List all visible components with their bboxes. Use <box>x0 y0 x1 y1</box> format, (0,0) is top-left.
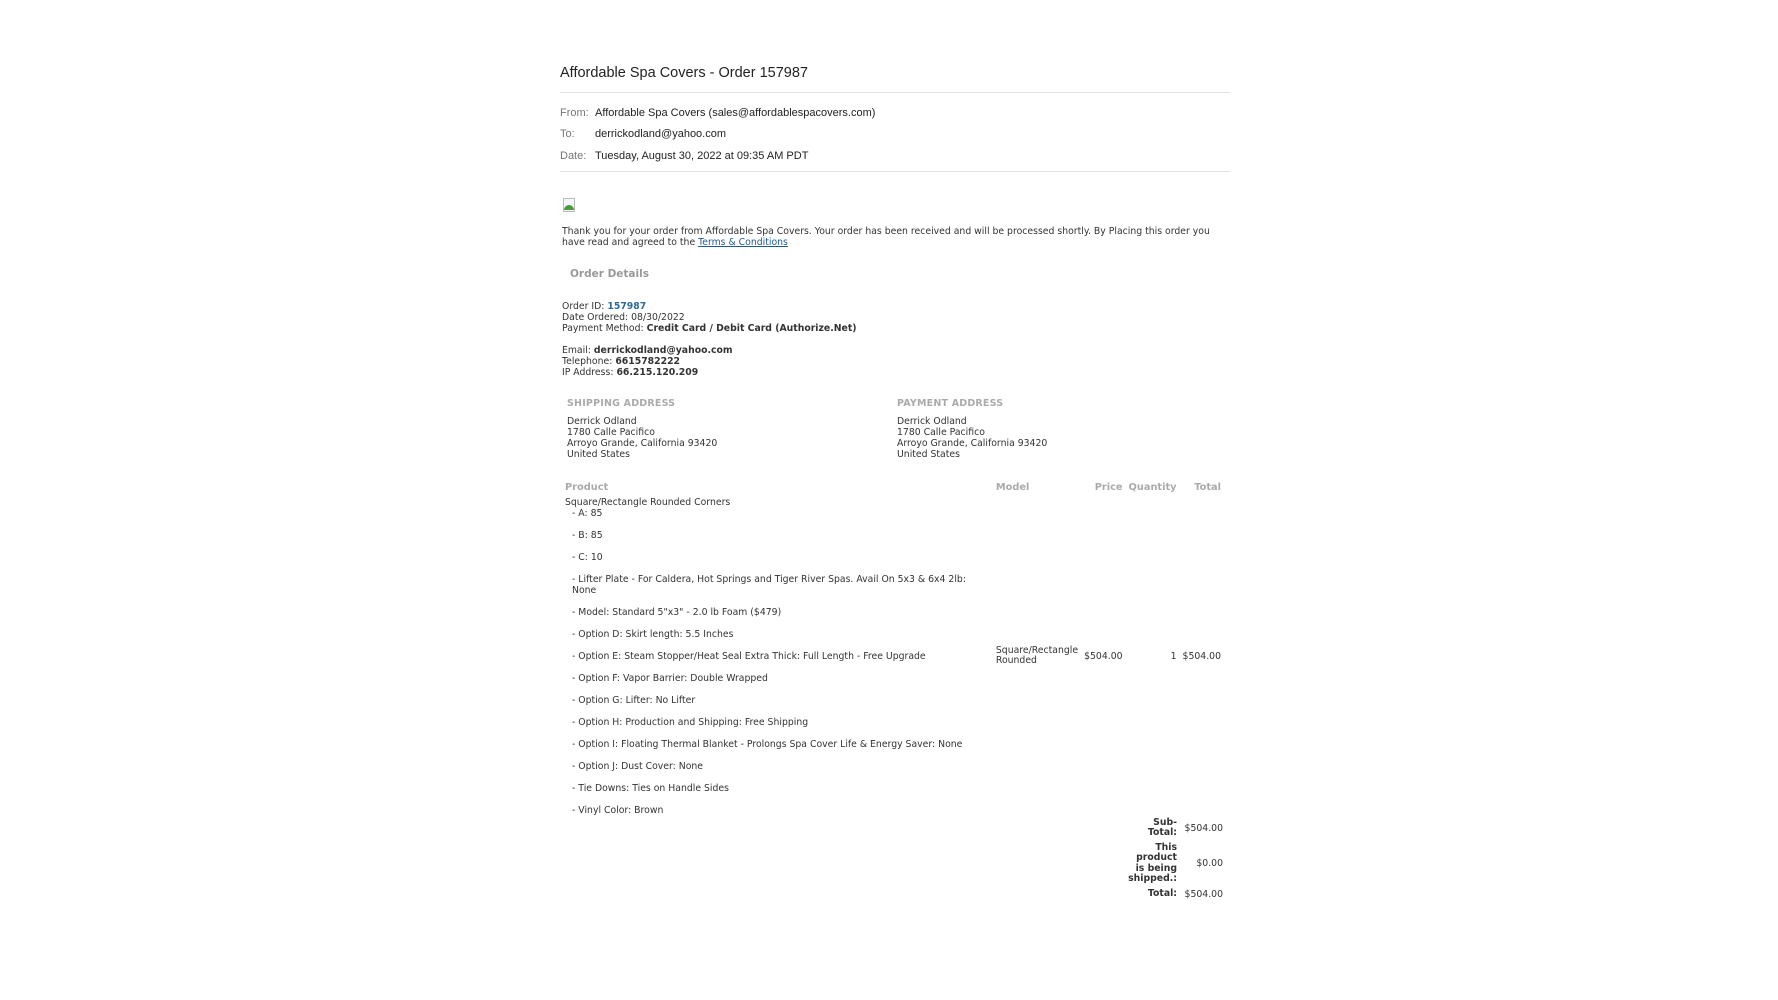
order-id-value: 157987 <box>607 301 646 312</box>
price-cell: $504.00 <box>1081 497 1125 816</box>
date-ordered-row: Date Ordered: 08/30/2022 <box>562 312 1230 323</box>
shipping-address: SHIPPING ADDRESS Derrick Odland 1780 Cal… <box>567 398 897 460</box>
quantity-cell: 1 <box>1126 497 1180 816</box>
date-ordered-value: 08/30/2022 <box>631 312 685 323</box>
to-value[interactable]: derrickodland@yahoo.com <box>595 128 726 140</box>
date-row: Date: Tuesday, August 30, 2022 at 09:35 … <box>560 145 1230 167</box>
order-id-row: Order ID: 157987 <box>562 301 1230 312</box>
thank-you-message: Thank you for your order from Affordable… <box>562 226 1222 248</box>
product-option: - Option J: Dust Cover: None <box>565 761 990 772</box>
telephone-label: Telephone: <box>562 356 612 367</box>
shipping-street: 1780 Calle Pacifico <box>567 427 897 438</box>
price-column-header: Price <box>1081 482 1125 497</box>
product-option: - Option H: Production and Shipping: Fre… <box>565 717 990 728</box>
totals-value: $504.00 <box>1180 887 1226 902</box>
ip-label: IP Address: <box>562 367 613 378</box>
email-row: Email: derrickodland@yahoo.com <box>562 345 1230 356</box>
model-cell: Square/Rectangle Rounded <box>993 497 1081 816</box>
order-details: Order ID: 157987 Date Ordered: 08/30/202… <box>562 301 1230 378</box>
order-id-label: Order ID: <box>562 301 604 312</box>
from-value[interactable]: Affordable Spa Covers (sales@affordables… <box>595 107 875 119</box>
totals-value: $504.00 <box>1180 816 1226 841</box>
product-column-header: Product <box>562 482 993 497</box>
product-option: - Option I: Floating Thermal Blanket - P… <box>565 739 990 750</box>
products-header-row: Product Model Price Quantity Total <box>562 482 1224 497</box>
product-option: - A: 85 <box>565 508 990 519</box>
totals-value: $0.00 <box>1180 841 1226 887</box>
date-ordered-label: Date Ordered: <box>562 312 628 323</box>
telephone-row: Telephone: 6615782222 <box>562 356 1230 367</box>
product-option: - C: 10 <box>565 552 990 563</box>
totals-label: Sub-Total: <box>1125 816 1180 841</box>
payment-method-label: Payment Method: <box>562 323 644 334</box>
product-name: Square/Rectangle Rounded Corners <box>565 497 990 508</box>
payment-address-title: PAYMENT ADDRESS <box>897 398 1227 409</box>
total-column-header: Total <box>1180 482 1224 497</box>
from-row: From: Affordable Spa Covers (sales@affor… <box>560 102 1230 124</box>
email-value: derrickodland@yahoo.com <box>594 345 733 356</box>
shipping-address-title: SHIPPING ADDRESS <box>567 398 897 409</box>
email-header: From: Affordable Spa Covers (sales@affor… <box>560 93 1230 167</box>
total-cell: $504.00 <box>1180 497 1224 816</box>
quantity-column-header: Quantity <box>1126 482 1180 497</box>
model-column-header: Model <box>993 482 1081 497</box>
product-option: - Model: Standard 5"x3" - 2.0 lb Foam ($… <box>565 607 990 618</box>
totals-row: This product is being shipped.:$0.00 <box>1125 841 1226 887</box>
order-details-title: Order Details <box>570 268 1230 280</box>
product-option: - Tie Downs: Ties on Handle Sides <box>565 783 990 794</box>
to-label: To: <box>560 128 595 140</box>
product-row: Square/Rectangle Rounded Corners- A: 85-… <box>562 497 1224 816</box>
from-label: From: <box>560 107 595 119</box>
to-row: To: derrickodland@yahoo.com <box>560 124 1230 146</box>
payment-city: Arroyo Grande, California 93420 <box>897 438 1227 449</box>
products-table: Product Model Price Quantity Total Squar… <box>562 482 1224 816</box>
shipping-country: United States <box>567 449 897 460</box>
totals-row: Total:$504.00 <box>1125 887 1226 902</box>
product-option: - Option D: Skirt length: 5.5 Inches <box>565 629 990 640</box>
product-option: - Lifter Plate - For Caldera, Hot Spring… <box>565 574 990 596</box>
payment-address: PAYMENT ADDRESS Derrick Odland 1780 Call… <box>897 398 1227 460</box>
totals-label: This product is being shipped.: <box>1125 841 1180 887</box>
payment-name: Derrick Odland <box>897 416 1227 427</box>
date-value: Tuesday, August 30, 2022 at 09:35 AM PDT <box>595 150 808 162</box>
product-option: - B: 85 <box>565 530 990 541</box>
payment-street: 1780 Calle Pacifico <box>897 427 1227 438</box>
email-subject: Affordable Spa Covers - Order 157987 <box>560 60 1230 92</box>
shipping-name: Derrick Odland <box>567 416 897 427</box>
shipping-city: Arroyo Grande, California 93420 <box>567 438 897 449</box>
addresses: SHIPPING ADDRESS Derrick Odland 1780 Cal… <box>567 398 1230 460</box>
ip-row: IP Address: 66.215.120.209 <box>562 367 1230 378</box>
product-option: - Vinyl Color: Brown <box>565 805 990 816</box>
email-body: Thank you for your order from Affordable… <box>560 198 1230 916</box>
date-label: Date: <box>560 150 595 162</box>
divider <box>560 171 1230 172</box>
ip-value: 66.215.120.209 <box>616 367 698 378</box>
payment-method-value: Credit Card / Debit Card (Authorize.Net) <box>647 323 857 334</box>
totals-table: Sub-Total:$504.00This product is being s… <box>1125 816 1226 902</box>
terms-conditions-link[interactable]: Terms & Conditions <box>698 237 788 248</box>
product-option: - Option E: Steam Stopper/Heat Seal Extr… <box>565 651 990 662</box>
product-cell: Square/Rectangle Rounded Corners- A: 85-… <box>562 497 993 816</box>
broken-image-icon <box>562 198 576 212</box>
telephone-value: 6615782222 <box>615 356 680 367</box>
email-message: Affordable Spa Covers - Order 157987 Fro… <box>560 60 1230 916</box>
email-label: Email: <box>562 345 591 356</box>
totals-section: Sub-Total:$504.00This product is being s… <box>560 816 1230 916</box>
totals-row: Sub-Total:$504.00 <box>1125 816 1226 841</box>
thank-you-text: Thank you for your order from Affordable… <box>562 226 1210 248</box>
totals-label: Total: <box>1125 887 1180 902</box>
product-option: - Option G: Lifter: No Lifter <box>565 695 990 706</box>
payment-method-row: Payment Method: Credit Card / Debit Card… <box>562 323 1230 334</box>
product-option: - Option F: Vapor Barrier: Double Wrappe… <box>565 673 990 684</box>
payment-country: United States <box>897 449 1227 460</box>
